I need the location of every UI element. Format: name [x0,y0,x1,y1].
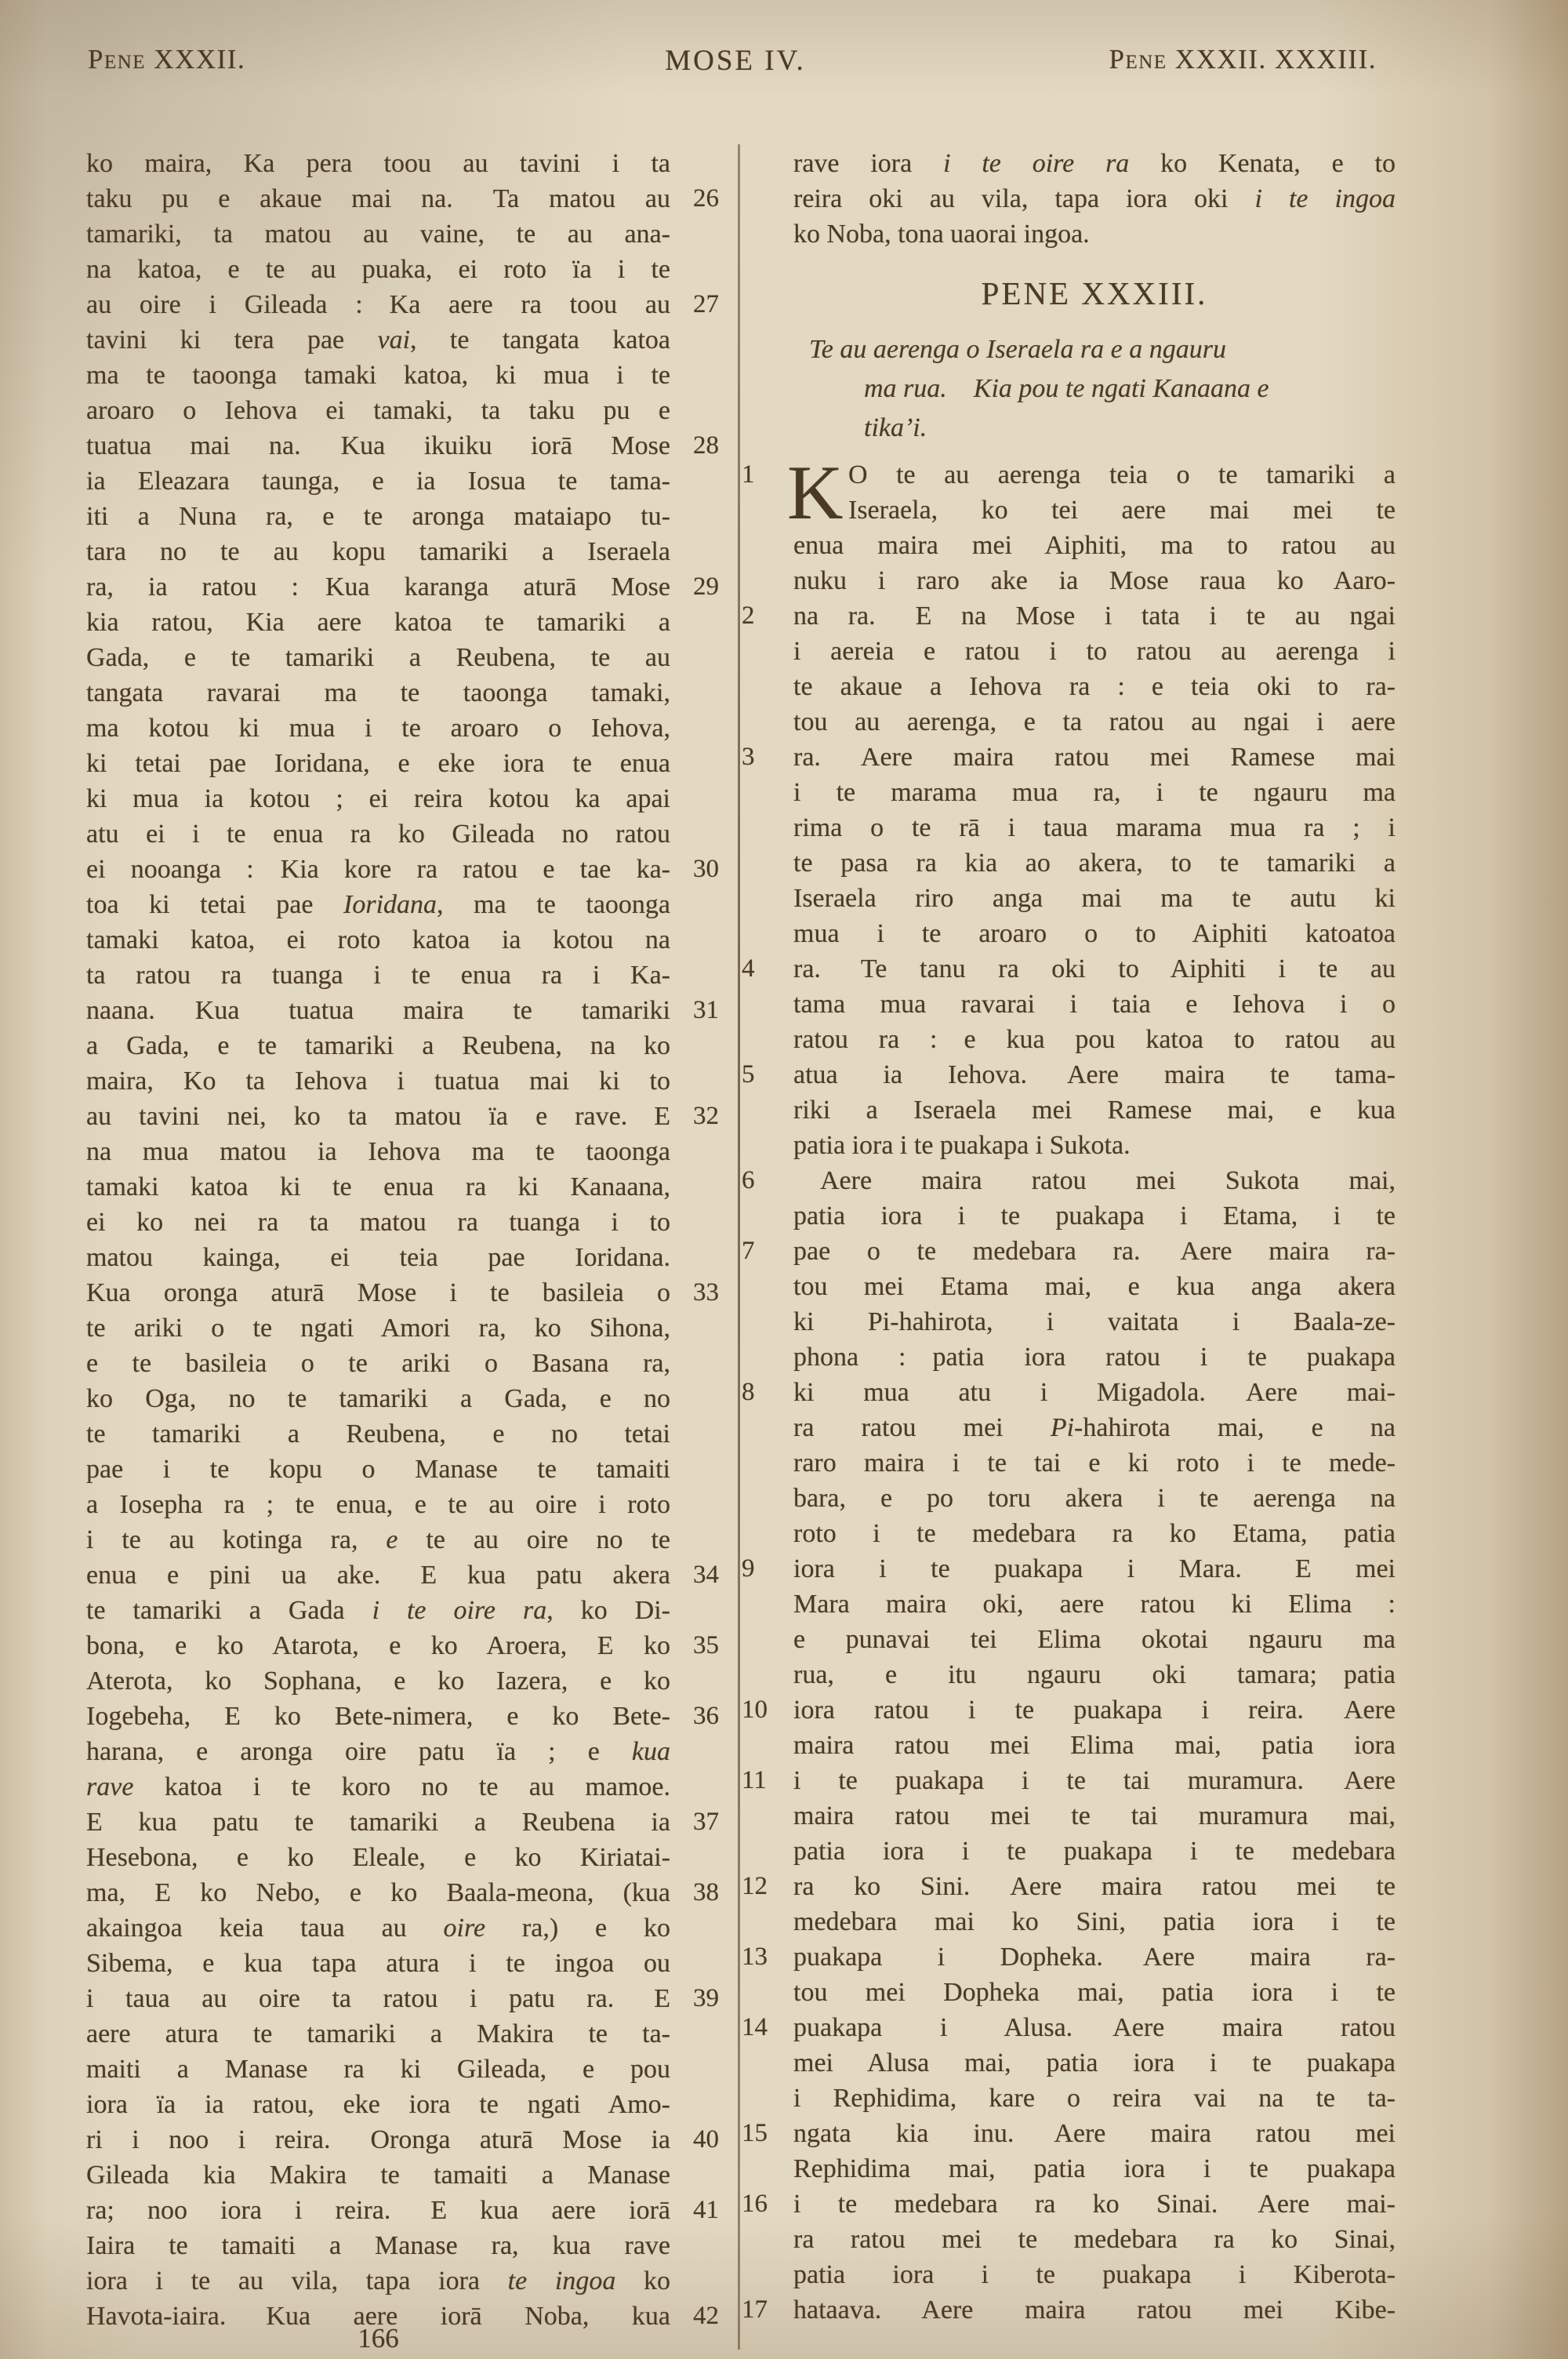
text-line: ma te taoonga tamaki katoa, ki mua i te [86,358,670,393]
verse-text: tavini ki tera pae vai, te tangata katoa [86,325,670,354]
column-divider-rule [738,144,740,2350]
verse-text: ra ratou mei te medebara ra ko Sinai, [793,2225,1396,2254]
verse-text: mua i te aroaro o to Aiphiti katoatoa [793,919,1396,948]
text-line: atu ei i te enua ra ko Gileada no ratou [86,816,670,852]
verse-text: iora i te au vila, tapa iora te ingoa ko [86,2266,670,2295]
verse-text: puakapa i Alusa. Aere maira ratou [793,2013,1396,2042]
text-line: ra ratou mei Pi-hahirota mai, e na [793,1410,1396,1445]
text-line: 9iora i te puakapa i Mara. E mei [793,1551,1396,1587]
verse-text: Iaira te tamaiti a Manase ra, kua rave [86,2231,670,2260]
verse-text: aere atura te tamariki a Makira te ta- [86,2019,670,2048]
verse-text: tama mua ravarai i taia e Iehova i o [793,990,1396,1019]
verse-text: ki mua atu i Migadola. Aere mai- [793,1378,1396,1407]
verse-text: Aterota, ko Sophana, e ko Iazera, e ko [86,1667,670,1696]
text-line: akaingoa keia taua au oire ra,) e ko [86,1910,670,1946]
verse-text: iti a Nuna ra, e te aronga mataiapo tu- [86,502,670,531]
text-line: 15ngata kia inu. Aere maira ratou mei [793,2116,1396,2151]
chapter-heading: PENE XXXIII. [793,272,1396,314]
verse-text: ra; noo iora i reira. E kua aere iorā [86,2196,670,2225]
text-line: tavini ki tera pae vai, te tangata katoa [86,322,670,358]
verse-number: 30 [693,852,748,887]
text-line: tamaki katoa ki te enua ra ki Kanaana, [86,1169,670,1205]
verse-number: 35 [693,1628,748,1663]
verse-text: Gada, e te tamariki a Reubena, te au [86,643,670,672]
text-line: i Rephidima, kare o reira vai na te ta- [793,2081,1396,2116]
verse-text: atu ei i te enua ra ko Gileada no ratou [86,820,670,849]
verse-text: raro maira i te tai e ki roto i te mede- [793,1448,1396,1478]
verse-number: 33 [693,1275,748,1310]
text-line: Iseraela, ko tei aere mai mei te [793,493,1396,528]
verse-number: 36 [693,1699,748,1734]
text-line: te tamariki a Gada i te oire ra, ko Di- [86,1593,670,1628]
verse-text: aroaro o Iehova ei tamaki, ta taku pu e [86,396,670,425]
verse-text: ma te taoonga tamaki katoa, ki mua i te [86,361,670,390]
verse-text: ra. Te tanu ra oki to Aiphiti i te au [793,954,1396,983]
text-line: kia ratou, Kia aere katoa te tamariki a [86,605,670,640]
text-line: tamaki katoa, ei roto katoa ia kotou na [86,922,670,958]
verse-text: na ra. E na Mose i tata i te au ngai [793,602,1396,631]
verse-text: tou mei Dopheka mai, patia iora i te [793,1978,1396,2007]
text-line: te ariki o te ngati Amori ra, ko Sihona, [86,1310,670,1346]
verse-text: ngata kia inu. Aere maira ratou mei [793,2119,1396,2148]
text-line: Hesebona, e ko Eleale, e ko Kiriatai- [86,1840,670,1875]
text-line: ki tetai pae Ioridana, e eke iora te enu… [86,746,670,781]
scanned-book-page: Pene XXXII. MOSE IV. Pene XXXII. XXXIII.… [0,0,1568,2359]
verse-text: naana. Kua tuatua maira te tamariki [86,996,670,1025]
verse-text: O te au aerenga teia o te tamariki a [848,460,1396,489]
running-head-center: MOSE IV. [665,44,806,78]
verse-text: ra ko Sini. Aere maira ratou mei te [793,1872,1396,1901]
verse-number: 9 [742,1551,784,1587]
text-line: 37E kua patu te tamariki a Reubena ia [86,1805,670,1840]
verse-text: enua maira mei Aiphiti, ma to ratou au [793,531,1396,560]
verse-number: 3 [742,740,784,775]
verse-text: atua ia Iehova. Aere maira te tama- [793,1060,1396,1089]
verse-text: iora i te puakapa i Mara. E mei [793,1554,1396,1583]
text-line: mua i te aroaro o to Aiphiti katoatoa [793,916,1396,951]
verse-text: te ariki o te ngati Amori ra, ko Sihona, [86,1314,670,1343]
verse-text: ei ko nei ra ta matou ra tuanga i to [86,1208,670,1237]
chapter-32-carryover-text: rave iora i te oire ra ko Kenata, e tore… [793,146,1396,252]
verse-text: Iseraela riro anga mai ma te autu ki [793,884,1396,913]
text-line: Gada, e te tamariki a Reubena, te au [86,640,670,675]
verse-text: reira oki au vila, tapa iora oki i te in… [793,184,1396,213]
verse-text: Iogebeha, E ko Bete-nimera, e ko Bete- [86,1702,670,1731]
text-line: raro maira i te tai e ki roto i te mede- [793,1445,1396,1481]
text-line: phona : patia iora ratou i te puakapa [793,1339,1396,1375]
text-line: nuku i raro ake ia Mose raua ko Aaro- [793,563,1396,598]
verse-text: medebara mai ko Sini, patia iora i te [793,1907,1396,1936]
text-line: 16i te medebara ra ko Sinai. Aere mai- [793,2186,1396,2222]
text-line: i te marama mua ra, i te ngauru ma [793,775,1396,810]
text-line: ko Oga, no te tamariki a Gada, e no [86,1381,670,1416]
text-line: tou mei Dopheka mai, patia iora i te [793,1975,1396,2010]
text-line: patia iora i te puakapa i Sukota. [793,1128,1396,1163]
text-line: ia Eleazara taunga, e ia Iosua te tama- [86,463,670,499]
text-line: 12ra ko Sini. Aere maira ratou mei te [793,1869,1396,1904]
verse-text: i te marama mua ra, i te ngauru ma [793,778,1396,807]
verse-text: a Iosepha ra ; te enua, e te au oire i r… [86,1490,670,1519]
verse-text: ko Noba, tona uaorai ingoa. [793,220,1090,249]
text-line: aere atura te tamariki a Makira te ta- [86,2016,670,2052]
text-line: i te au kotinga ra, e te au oire no te [86,1522,670,1558]
verse-text: au tavini nei, ko ta matou ïa e rave. E [86,1102,670,1131]
verse-text: i aereia e ratou i to ratou au aerenga i [793,637,1396,666]
text-line: harana, e aronga oire patu ïa ; e kua [86,1734,670,1769]
verse-text: patia iora i te puakapa i Sukota. [793,1131,1131,1160]
text-line: 33Kua oronga aturā Mose i te basileia o [86,1275,670,1310]
verse-text: i taua au oire ta ratou i patu ra. E [86,1984,670,2013]
text-line: e te basileia o te ariki o Basana ra, [86,1346,670,1381]
text-line: ta ratou ra tuanga i te enua ra i Ka- [86,958,670,993]
verse-text: mei Alusa mai, patia iora i te puakapa [793,2048,1396,2077]
text-line: na katoa, e te au puaka, ei roto ïa i te [86,252,670,287]
verse-number: 42 [693,2299,748,2334]
verse-text: tara no te au kopu tamariki a Iseraela [86,537,670,566]
text-line: te pasa ra kia ao akera, to te tamariki … [793,845,1396,881]
verse-text: tou mei Etama mai, e kua anga akera [793,1272,1396,1301]
verse-number: 11 [742,1763,784,1798]
text-line: tamariki, ta matou au vaine, te au ana- [86,216,670,252]
text-line: patia iora i te puakapa i te medebara [793,1834,1396,1869]
verse-number: 41 [693,2193,748,2228]
verse-text: maira ratou mei te tai muramura mai, [793,1801,1396,1830]
verse-text: puakapa i Dopheka. Aere maira ra- [793,1943,1396,1972]
verse-text: e punavai tei Elima okotai ngauru ma [793,1625,1396,1654]
text-line: Iaira te tamaiti a Manase ra, kua rave [86,2228,670,2263]
verse-text: ra ratou mei Pi-hahirota mai, e na [793,1413,1396,1442]
verse-text: harana, e aronga oire patu ïa ; e kua [86,1737,670,1766]
text-line: Iseraela riro anga mai ma te autu ki [793,881,1396,916]
text-line: 39i taua au oire ta ratou i patu ra. E [86,1981,670,2016]
verse-number: 10 [742,1692,784,1728]
verse-text: rave iora i te oire ra ko Kenata, e to [793,149,1396,178]
verse-text: maira ratou mei Elima mai, patia iora [793,1731,1396,1760]
verse-number: 5 [742,1057,784,1092]
verse-text: rave katoa i te koro no te au mamoe. [86,1772,670,1801]
text-line: a Iosepha ra ; te enua, e te au oire i r… [86,1487,670,1522]
verse-text: bara, e po toru akera i te aerenga na [793,1484,1396,1513]
text-line: ma kotou ki mua i te aroaro o Iehova, [86,711,670,746]
left-text-column: ko maira, Ka pera toou au tavini i ta26t… [86,146,670,2334]
text-line: Gileada kia Makira te tamaiti a Manase [86,2157,670,2193]
chapter-33-body-text: K1O te au aerenga teia o te tamariki aIs… [793,457,1396,2328]
text-line: ko Noba, tona uaorai ingoa. [793,216,1396,252]
verse-text: ta ratou ra tuanga i te enua ra i Ka- [86,961,670,990]
text-line: tangata ravarai ma te taoonga tamaki, [86,675,670,711]
verse-number: 38 [693,1875,748,1910]
verse-text: ra, ia ratou : Kua karanga aturā Mose [86,572,670,602]
verse-text: tamaki katoa ki te enua ra ki Kanaana, [86,1172,670,1201]
running-header: Pene XXXII. MOSE IV. Pene XXXII. XXXIII. [0,44,1568,83]
verse-text: iora ratou i te puakapa i reira. Aere [793,1696,1396,1725]
verse-number: 7 [742,1234,784,1269]
text-line: roto i te medebara ra ko Etama, patia [793,1516,1396,1551]
verse-text: patia iora i te puakapa i Kiberota- [793,2260,1396,2289]
text-line: iora ïa ia ratou, eke iora te ngati Amo- [86,2087,670,2122]
text-line: i aereia e ratou i to ratou au aerenga i [793,634,1396,669]
verse-text: tou au aerenga, e ta ratou au ngai i aer… [793,707,1396,736]
verse-number: 27 [693,287,748,322]
text-line: Mara maira oki, aere ratou ki Elima : [793,1587,1396,1622]
verse-number: 6 [742,1163,784,1198]
text-line: 3ra. Aere maira ratou mei Ramese mai [793,740,1396,775]
verse-number: 39 [693,1981,748,2016]
text-line: aroaro o Iehova ei tamaki, ta taku pu e [86,393,670,428]
text-line: 5atua ia Iehova. Aere maira te tama- [793,1057,1396,1092]
text-line: 34enua e pini ua ake. E kua patu akera [86,1558,670,1593]
text-line: 7pae o te medebara ra. Aere maira ra- [793,1234,1396,1269]
verse-text: te akaue a Iehova ra : e teia oki to ra- [793,672,1396,701]
verse-text: akaingoa keia taua au oire ra,) e ko [86,1914,670,1943]
verse-number: 26 [693,181,748,216]
text-line: 28tuatua mai na. Kua ikuiku iorā Mose [86,428,670,463]
verse-number: 29 [693,569,748,605]
verse-text: maira, Ko ta Iehova i tuatua mai ki to [86,1067,670,1096]
verse-text: ma kotou ki mua i te aroaro o Iehova, [86,714,670,743]
text-line: tara no te au kopu tamariki a Iseraela [86,534,670,569]
text-line: maira, Ko ta Iehova i tuatua mai ki to [86,1063,670,1099]
verse-text: ki Pi-hahirota, i vaitata i Baala-ze- [793,1307,1396,1336]
text-line: maiti a Manase ra ki Gileada, e pou [86,2052,670,2087]
text-line: Aterota, ko Sophana, e ko Iazera, e ko [86,1663,670,1699]
text-line: 26taku pu e akaue mai na. Ta matou au [86,181,670,216]
verse-text: ia Eleazara taunga, e ia Iosua te tama- [86,467,670,496]
text-line: ei ko nei ra ta matou ra tuanga i to [86,1205,670,1240]
text-line: maira ratou mei te tai muramura mai, [793,1798,1396,1834]
verse-text: Iseraela, ko tei aere mai mei te [848,496,1396,525]
verse-text: nuku i raro ake ia Mose raua ko Aaro- [793,566,1396,595]
verse-text: roto i te medebara ra ko Etama, patia [793,1519,1396,1548]
verse-text: Hesebona, e ko Eleale, e ko Kiriatai- [86,1843,670,1872]
text-line: na mua matou ia Iehova ma te taoonga [86,1134,670,1169]
verse-text: e te basileia o te ariki o Basana ra, [86,1349,670,1378]
running-head-right: Pene XXXII. XXXIII. [1109,44,1377,75]
text-line: 36Iogebeha, E ko Bete-nimera, e ko Bete- [86,1699,670,1734]
verse-text: Kua oronga aturā Mose i te basileia o [86,1278,670,1307]
text-line: medebara mai ko Sini, patia iora i te [793,1904,1396,1939]
verse-text: ki mua ia kotou ; ei reira kotou ka apai [86,784,670,813]
verse-number: 16 [742,2186,784,2222]
text-line: rave iora i te oire ra ko Kenata, e to [793,146,1396,181]
verse-text: rua, e itu ngauru oki tamara; patia [793,1660,1396,1689]
verse-text: E kua patu te tamariki a Reubena ia [86,1808,670,1837]
text-line: ko maira, Ka pera toou au tavini i ta [86,146,670,181]
text-line: Rephidima mai, patia iora i te puakapa [793,2151,1396,2186]
text-line: 38ma, E ko Nebo, e ko Baala-meona, (kua [86,1875,670,1910]
verse-text: i Rephidima, kare o reira vai na te ta- [793,2084,1396,2113]
text-line: 10iora ratou i te puakapa i reira. Aere [793,1692,1396,1728]
verse-number: 28 [693,428,748,463]
verse-text: a Gada, e te tamariki a Reubena, na ko [86,1031,670,1060]
text-line: ki Pi-hahirota, i vaitata i Baala-ze- [793,1304,1396,1339]
text-line: ki mua ia kotou ; ei reira kotou ka apai [86,781,670,816]
verse-text: pae o te medebara ra. Aere maira ra- [793,1237,1396,1266]
text-line: 30ei nooanga : Kia kore ra ratou e tae k… [86,852,670,887]
verse-text: Rephidima mai, patia iora i te puakapa [793,2154,1396,2183]
verse-number: 4 [742,951,784,987]
verse-text: tamariki, ta matou au vaine, te au ana- [86,220,670,249]
verse-text: ratou ra : e kua pou katoa to ratou au [793,1025,1396,1054]
verse-number: 8 [742,1375,784,1410]
verse-text: Mara maira oki, aere ratou ki Elima : [793,1590,1396,1619]
verse-text: ko maira, Ka pera toou au tavini i ta [86,149,670,178]
text-line: 29ra, ia ratou : Kua karanga aturā Mose [86,569,670,605]
verse-text: bona, e ko Atarota, e ko Aroera, E ko [86,1631,670,1660]
text-line: rave katoa i te koro no te au mamoe. [86,1769,670,1805]
text-line: patia iora i te puakapa i Kiberota- [793,2257,1396,2292]
text-line: iti a Nuna ra, e te aronga mataiapo tu- [86,499,670,534]
text-line: pae i te kopu o Manase te tamaiti [86,1452,670,1487]
verse-text: Gileada kia Makira te tamaiti a Manase [86,2161,670,2190]
chapter-summary: Te au aerenga o Iseraela ra e a ngauruma… [793,330,1396,448]
verse-text: tangata ravarai ma te taoonga tamaki, [86,678,670,707]
verse-text: i te medebara ra ko Sinai. Aere mai- [793,2190,1396,2219]
text-line: 31naana. Kua tuatua maira te tamariki [86,993,670,1028]
text-line: 32au tavini nei, ko ta matou ïa e rave. … [86,1099,670,1134]
text-line: 6 Aere maira ratou mei Sukota mai, [793,1163,1396,1198]
text-line: K1O te au aerenga teia o te tamariki a [793,457,1396,493]
text-line: toa ki tetai pae Ioridana, ma te taoonga [86,887,670,922]
text-line: tama mua ravarai i taia e Iehova i o [793,987,1396,1022]
verse-text: patia iora i te puakapa i Etama, i te [793,1201,1396,1230]
verse-text: patia iora i te puakapa i te medebara [793,1837,1396,1866]
page-number: 166 [86,2323,670,2354]
text-line: 4ra. Te tanu ra oki to Aiphiti i te au [793,951,1396,987]
verse-text: enua e pini ua ake. E kua patu akera [86,1561,670,1590]
text-line: rua, e itu ngauru oki tamara; patia [793,1657,1396,1692]
chapter-summary-line: Te au aerenga o Iseraela ra e a ngauru [793,330,1396,369]
verse-text: taku pu e akaue mai na. Ta matou au [86,184,670,213]
text-line: 13puakapa i Dopheka. Aere maira ra- [793,1939,1396,1975]
text-line: patia iora i te puakapa i Etama, i te [793,1198,1396,1234]
verse-number: 31 [693,993,748,1028]
text-line: tou au aerenga, e ta ratou au ngai i aer… [793,704,1396,740]
verse-text: riki a Iseraela mei Ramese mai, e kua [793,1096,1396,1125]
text-line: 2na ra. E na Mose i tata i te au ngai [793,598,1396,634]
verse-text: ra. Aere maira ratou mei Ramese mai [793,743,1396,772]
verse-text: Aere maira ratou mei Sukota mai, [793,1166,1396,1195]
verse-number: 32 [693,1099,748,1134]
verse-text: ko Oga, no te tamariki a Gada, e no [86,1384,670,1413]
text-line: te akaue a Iehova ra : e teia oki to ra- [793,669,1396,704]
verse-text: i te au kotinga ra, e te au oire no te [86,1525,670,1554]
verse-number: 14 [742,2010,784,2045]
text-line: 11i te puakapa i te tai muramura. Aere [793,1763,1396,1798]
running-head-left: Pene XXXII. [88,44,245,75]
verse-text: ma, E ko Nebo, e ko Baala-meona, (kua [86,1878,670,1907]
text-line: 8ki mua atu i Migadola. Aere mai- [793,1375,1396,1410]
text-line: riki a Iseraela mei Ramese mai, e kua [793,1092,1396,1128]
verse-text: maiti a Manase ra ki Gileada, e pou [86,2055,670,2084]
verse-text: phona : patia iora ratou i te puakapa [793,1343,1396,1372]
text-line: 35bona, e ko Atarota, e ko Aroera, E ko [86,1628,670,1663]
text-line: iora i te au vila, tapa iora te ingoa ko [86,2263,670,2299]
verse-text: na mua matou ia Iehova ma te taoonga [86,1137,670,1166]
text-line: reira oki au vila, tapa iora oki i te in… [793,181,1396,216]
text-line: 40ri i noo i reira. Oronga aturā Mose ia [86,2122,670,2157]
verse-text: iora ïa ia ratou, eke iora te ngati Amo- [86,2090,670,2119]
chapter-summary-line: tika’i. [793,409,1396,448]
text-line: ratou ra : e kua pou katoa to ratou au [793,1022,1396,1057]
text-line: e punavai tei Elima okotai ngauru ma [793,1622,1396,1657]
text-line: te tamariki a Reubena, e no tetai [86,1416,670,1452]
verse-number: 17 [742,2292,784,2328]
text-line: 27au oire i Gileada : Ka aere ra toou au [86,287,670,322]
verse-number: 12 [742,1869,784,1904]
text-line: maira ratou mei Elima mai, patia iora [793,1728,1396,1763]
verse-text: au oire i Gileada : Ka aere ra toou au [86,290,670,319]
text-line: tou mei Etama mai, e kua anga akera [793,1269,1396,1304]
verse-text: rima o te rā i taua marama mua ra ; i [793,813,1396,842]
text-line: 41ra; noo iora i reira. E kua aere iorā [86,2193,670,2228]
verse-text: kia ratou, Kia aere katoa te tamariki a [86,608,670,637]
verse-text: matou kainga, ei teia pae Ioridana. [86,1243,670,1272]
verse-number: 15 [742,2116,784,2151]
verse-text: i te puakapa i te tai muramura. Aere [793,1766,1396,1795]
verse-text: te tamariki a Gada i te oire ra, ko Di- [86,1596,670,1625]
verse-text: ri i noo i reira. Oronga aturā Mose ia [86,2125,670,2154]
verse-text: tamaki katoa, ei roto katoa ia kotou na [86,925,670,954]
text-line: a Gada, e te tamariki a Reubena, na ko [86,1028,670,1063]
chapter-summary-line: ma rua. Kia pou te ngati Kanaana e [793,369,1396,409]
verse-text: toa ki tetai pae Ioridana, ma te taoonga [86,890,670,919]
verse-text: tuatua mai na. Kua ikuiku iorā Mose [86,431,670,460]
text-line: 14puakapa i Alusa. Aere maira ratou [793,2010,1396,2045]
text-line: 17hataava. Aere maira ratou mei Kibe- [793,2292,1396,2328]
right-text-column: rave iora i te oire ra ko Kenata, e tore… [793,146,1396,2328]
verse-number: 34 [693,1558,748,1593]
text-line: mei Alusa mai, patia iora i te puakapa [793,2045,1396,2081]
verse-number: 1 [742,457,784,493]
verse-text: na katoa, e te au puaka, ei roto ïa i te [86,255,670,284]
text-line: Sibema, e kua tapa atura i te ingoa ou [86,1946,670,1981]
verse-text: te pasa ra kia ao akera, to te tamariki … [793,849,1396,878]
verse-text: ei nooanga : Kia kore ra ratou e tae ka- [86,855,670,884]
verse-text: hataava. Aere maira ratou mei Kibe- [793,2295,1396,2324]
verse-number: 37 [693,1805,748,1840]
verse-number: 2 [742,598,784,634]
text-line: bara, e po toru akera i te aerenga na [793,1481,1396,1516]
verse-text: ki tetai pae Ioridana, e eke iora te enu… [86,749,670,778]
verse-number: 13 [742,1939,784,1975]
verse-text: Sibema, e kua tapa atura i te ingoa ou [86,1949,670,1978]
text-line: rima o te rā i taua marama mua ra ; i [793,810,1396,845]
verse-text: pae i te kopu o Manase te tamaiti [86,1455,670,1484]
verse-text: te tamariki a Reubena, e no tetai [86,1419,670,1448]
text-line: matou kainga, ei teia pae Ioridana. [86,1240,670,1275]
text-line: ra ratou mei te medebara ra ko Sinai, [793,2222,1396,2257]
text-line: enua maira mei Aiphiti, ma to ratou au [793,528,1396,563]
verse-number: 40 [693,2122,748,2157]
